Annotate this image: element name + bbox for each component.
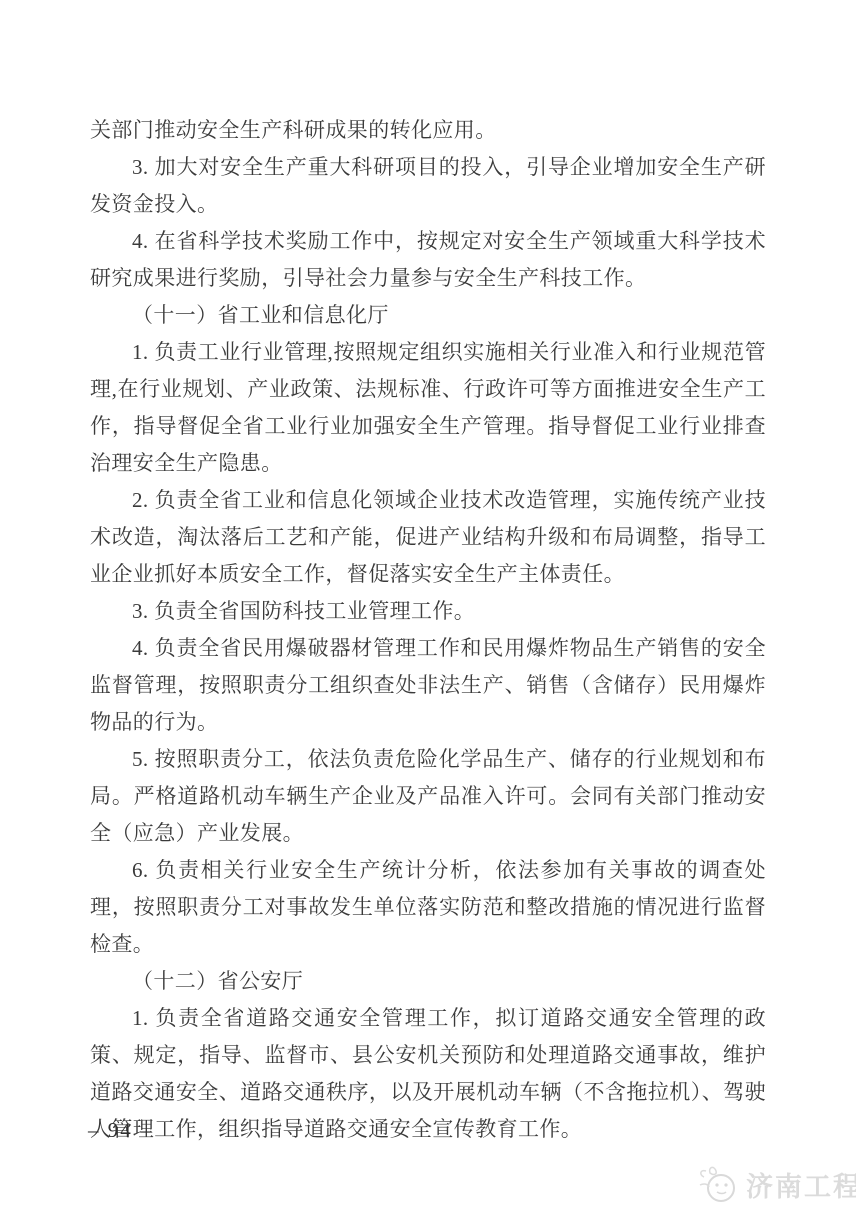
paragraph-continuation: 关部门推动安全生产科研成果的转化应用。 (90, 112, 766, 149)
paragraph-item-1-industry-management: 1. 负责工业行业管理,按照规定组织实施相关行业准入和行业规范管理,在行业规划、… (90, 334, 766, 482)
document-page: 关部门推动安全生产科研成果的转化应用。 3. 加大对安全生产重大科研项目的投入，… (0, 0, 856, 1225)
document-body: 关部门推动安全生产科研成果的转化应用。 3. 加大对安全生产重大科研项目的投入，… (90, 112, 766, 1148)
paragraph-item-3-research-investment: 3. 加大对安全生产重大科研项目的投入，引导企业增加安全生产研发资金投入。 (90, 149, 766, 223)
section-heading-11-industry-information-dept: （十一）省工业和信息化厅 (90, 297, 766, 334)
mascot-face-icon (696, 1163, 740, 1205)
paragraph-item-6-statistics-analysis: 6. 负责相关行业安全生产统计分析，依法参加有关事故的调查处理，按照职责分工对事… (90, 852, 766, 963)
paragraph-item-3-defense-tech: 3. 负责全省国防科技工业管理工作。 (90, 593, 766, 630)
paragraph-item-4-civil-explosives: 4. 负责全省民用爆破器材管理工作和民用爆炸物品生产销售的安全监督管理，按照职责… (90, 630, 766, 741)
watermark-label: 济南工程 (746, 1165, 856, 1204)
watermark: 济南工程 (696, 1163, 856, 1205)
paragraph-item-1-road-traffic-safety: 1. 负责全省道路交通安全管理工作，拟订道路交通安全管理的政策、规定，指导、监督… (90, 1000, 766, 1148)
paragraph-item-5-hazardous-chemicals: 5. 按照职责分工，依法负责危险化学品生产、储存的行业规划和布局。严格道路机动车… (90, 741, 766, 852)
paragraph-item-2-tech-transformation: 2. 负责全省工业和信息化领域企业技术改造管理，实施传统产业技术改造，淘汰落后工… (90, 482, 766, 593)
page-number: – 94 – (88, 1118, 153, 1143)
paragraph-item-4-science-awards: 4. 在省科学技术奖励工作中，按规定对安全生产领域重大科学技术研究成果进行奖励，… (90, 223, 766, 297)
section-heading-12-public-security-dept: （十二）省公安厅 (90, 963, 766, 1000)
